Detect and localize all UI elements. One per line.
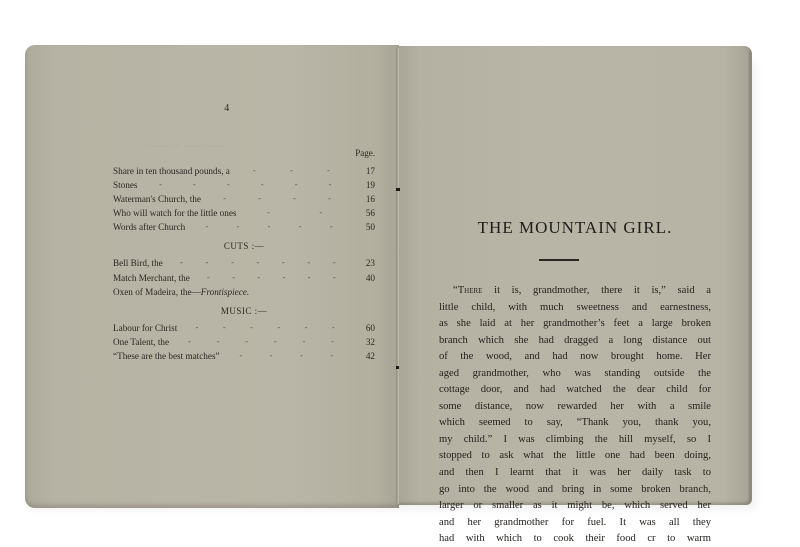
toc-leader-dashes: -- bbox=[237, 206, 354, 220]
toc-entry-title: Stones bbox=[113, 178, 138, 192]
toc-entry-page-number: 16 bbox=[353, 192, 375, 206]
toc-entry-title: Labour for Christ bbox=[113, 321, 177, 335]
text-line: some distance, now rewarded her with a s… bbox=[439, 399, 711, 416]
toc-leader-dashes: ----- bbox=[185, 220, 353, 234]
toc-entry-page-number: 42 bbox=[353, 349, 375, 363]
toc-entry-page-number: 32 bbox=[353, 335, 375, 349]
chapter-body-text: “There it is, grandmother, there it is,”… bbox=[439, 283, 711, 547]
text-line: branch which she had dragged a long dist… bbox=[439, 333, 711, 350]
toc-leader-dashes: ------ bbox=[138, 178, 353, 192]
text-line: aged grandmother, who was standing outsi… bbox=[439, 366, 711, 383]
text-line: as she laid at her grandmother’s feet a … bbox=[439, 316, 711, 333]
left-page: ·············· ············ 4 Page. Shar… bbox=[25, 45, 399, 508]
toc-entry: Oxen of Madeira, the—Frontispiece. bbox=[113, 285, 375, 299]
toc-entry-title: “These are the best matches” bbox=[113, 349, 220, 363]
text-line: which seemed to say, “Thank you, thank y… bbox=[439, 415, 711, 432]
toc-entry-title: Oxen of Madeira, the—Frontispiece. bbox=[113, 285, 249, 299]
toc-entry-page-number: 17 bbox=[353, 164, 375, 178]
toc-entry-title: Share in ten thousand pounds, a bbox=[113, 164, 230, 178]
toc-entry-page-number: 50 bbox=[353, 220, 375, 234]
toc-entry-title: One Talent, the bbox=[113, 335, 169, 349]
text-line: go into the wood and bring in some broke… bbox=[439, 482, 711, 499]
toc-list: Share in ten thousand pounds, a---17Ston… bbox=[113, 164, 375, 363]
right-page: THE MOUNTAIN GIRL. “There it is, grandmo… bbox=[398, 46, 752, 505]
text-line: cottage door, and had watched the dear c… bbox=[439, 382, 711, 399]
toc-entry: One Talent, the------32 bbox=[113, 335, 375, 349]
toc-entry-title: Match Merchant, the bbox=[113, 271, 190, 285]
toc-leader-dashes: ---- bbox=[220, 349, 353, 363]
toc-entry: Words after Church-----50 bbox=[113, 220, 375, 234]
toc-leader-dashes: ------ bbox=[177, 321, 353, 335]
chapter-title: THE MOUNTAIN GIRL. bbox=[398, 218, 752, 238]
text-line: stopped to ask what the little one had b… bbox=[439, 448, 711, 465]
toc-entry-page-number: 23 bbox=[353, 256, 375, 270]
text-line-content: it is, grandmother, there it is,” said a bbox=[482, 285, 711, 296]
toc-entry-title: Waterman's Church, the bbox=[113, 192, 201, 206]
show-through-text: ·············· ············ bbox=[145, 140, 225, 153]
toc-section-heading: MUSIC :— bbox=[113, 299, 375, 321]
toc-entry-page-number: 56 bbox=[353, 206, 375, 220]
toc-leader-dashes: ------- bbox=[163, 256, 353, 270]
toc-section-heading: CUTS :— bbox=[113, 234, 375, 256]
toc-entry: Labour for Christ------60 bbox=[113, 321, 375, 335]
text-line: “There it is, grandmother, there it is,”… bbox=[439, 283, 711, 300]
text-line: little child, with much sweetness and ea… bbox=[439, 300, 711, 317]
photo-stage: ·············· ············ 4 Page. Shar… bbox=[0, 0, 800, 547]
book-spine bbox=[396, 48, 399, 504]
toc-entry-title: Who will watch for the little ones bbox=[113, 206, 237, 220]
toc-leader-dashes: ---- bbox=[201, 192, 353, 206]
text-line: and her grandmother for fuel. It was all… bbox=[439, 515, 711, 532]
text-line: and then I learnt that it was her daily … bbox=[439, 465, 711, 482]
title-rule-divider bbox=[539, 259, 579, 261]
text-line: of the wood, and had now brought home. H… bbox=[439, 349, 711, 366]
toc-leader-dashes: --- bbox=[230, 164, 353, 178]
page-column-header: Page. bbox=[355, 148, 375, 158]
text-line: my child.” I was climbing the hill mysel… bbox=[439, 432, 711, 449]
toc-entry-page-number: 60 bbox=[353, 321, 375, 335]
toc-entry: Who will watch for the little ones--56 bbox=[113, 206, 375, 220]
toc-entry: “These are the best matches”----42 bbox=[113, 349, 375, 363]
page-number: 4 bbox=[25, 103, 399, 114]
opening-smallcaps-word: There bbox=[458, 285, 483, 296]
text-line: larger or smaller as it might be, which … bbox=[439, 498, 711, 515]
toc-entry-title: Bell Bird, the bbox=[113, 256, 163, 270]
toc-entry: Match Merchant, the------40 bbox=[113, 271, 375, 285]
toc-leader-dashes: ------ bbox=[169, 335, 353, 349]
toc-entry: Waterman's Church, the----16 bbox=[113, 192, 375, 206]
staple-mark bbox=[396, 188, 400, 191]
toc-entry-italic: Frontispiece. bbox=[201, 287, 249, 297]
toc-entry: Share in ten thousand pounds, a---17 bbox=[113, 164, 375, 178]
toc-entry-page-number: 40 bbox=[353, 271, 375, 285]
staple-mark bbox=[396, 366, 399, 369]
toc-entry: Bell Bird, the-------23 bbox=[113, 256, 375, 270]
toc-entry-page-number: 19 bbox=[353, 178, 375, 192]
toc-entry-title: Words after Church bbox=[113, 220, 185, 234]
toc-entry: Stones------19 bbox=[113, 178, 375, 192]
text-line: had with which to cook their food cr to … bbox=[439, 531, 711, 547]
toc-leader-dashes: ------ bbox=[190, 271, 353, 285]
